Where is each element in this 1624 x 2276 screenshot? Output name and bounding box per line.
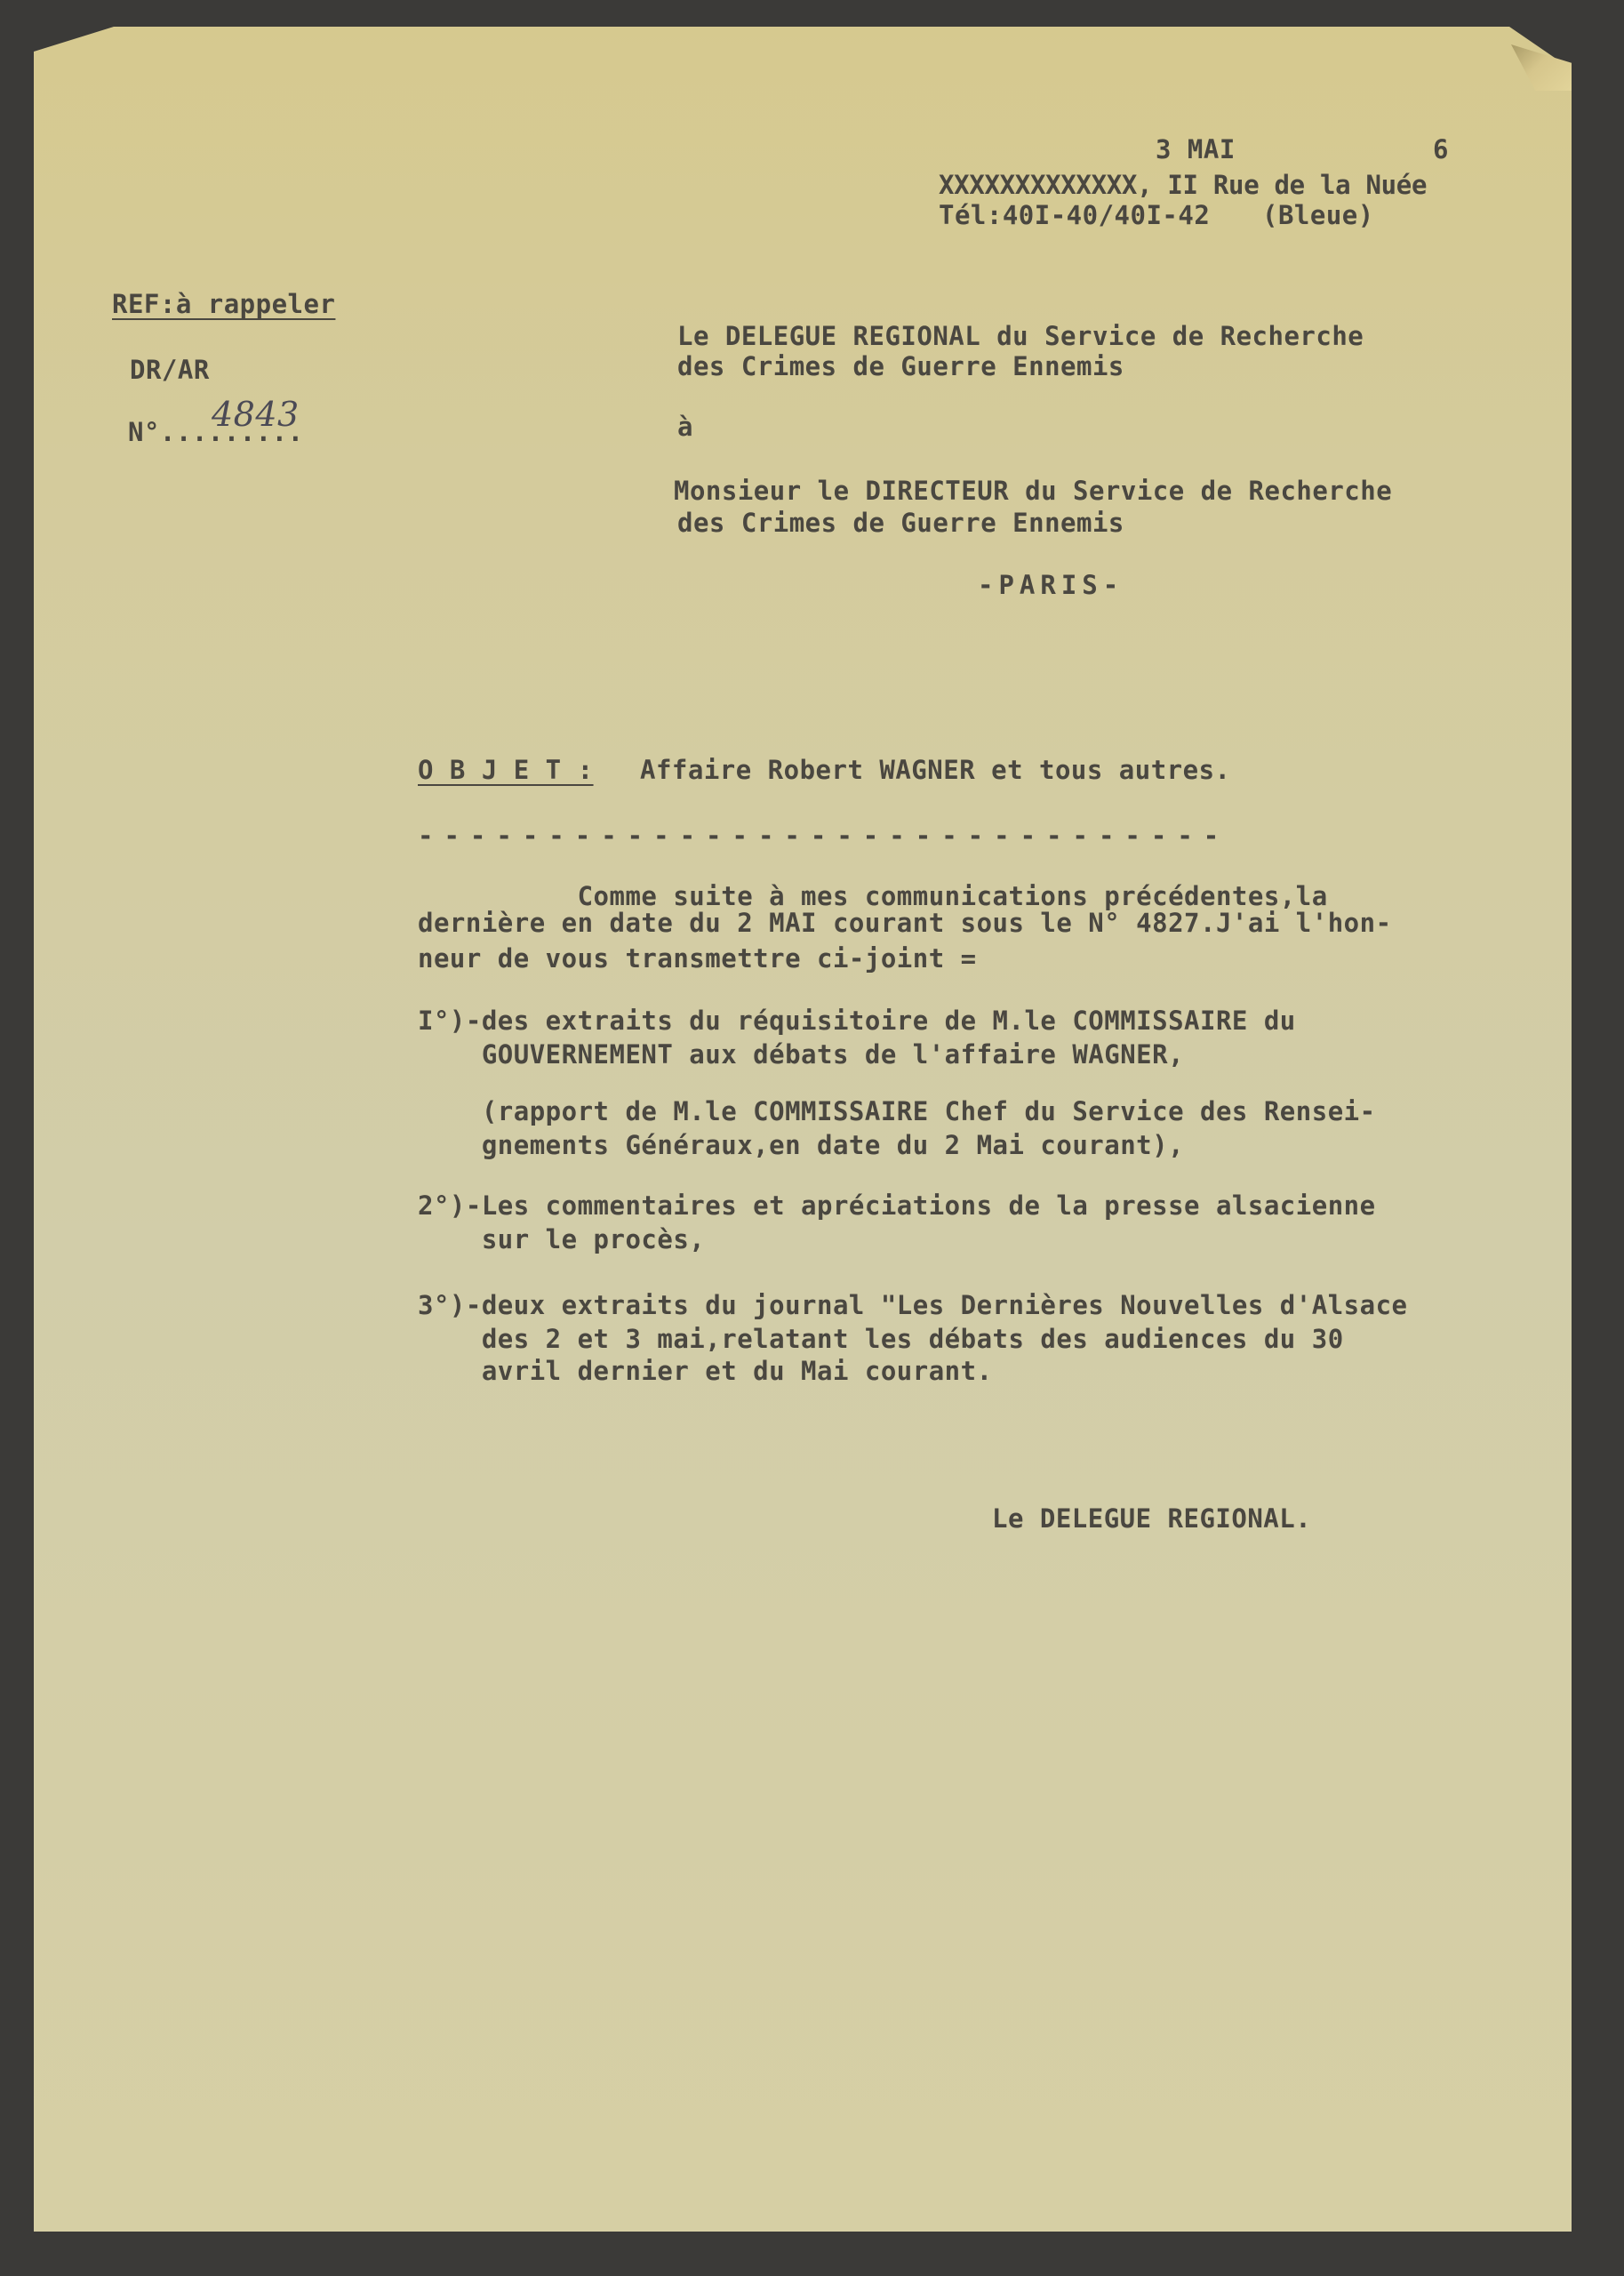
list-item-2-line: 2°)-Les commentaires et apréciations de …	[418, 1188, 1376, 1223]
reference-code: DR/AR	[130, 352, 210, 388]
subject-text: Affaire Robert WAGNER et tous autres.	[640, 752, 1231, 788]
to-word: à	[677, 409, 693, 445]
reference-label: REF:à rappeler	[112, 286, 335, 322]
list-item-3-line: 3°)-deux extraits du journal "Les Derniè…	[418, 1287, 1408, 1323]
recipient-line2: des Crimes de Guerre Ennemis	[677, 505, 1124, 541]
signature: Le DELEGUE REGIONAL.	[992, 1501, 1311, 1536]
list-item-2-line: sur le procès,	[418, 1222, 705, 1257]
body-intro-line: neur de vous transmettre ci-joint =	[418, 941, 977, 976]
recipient-line1: Monsieur le DIRECTEUR du Service de Rech…	[674, 473, 1392, 509]
reference-number-handwritten: 4843	[212, 397, 300, 432]
sender-line2: des Crimes de Guerre Ennemis	[677, 349, 1124, 384]
header-telephone: Tél:40I-40/40I-42	[939, 197, 1210, 233]
recipient-city: -PARIS-	[978, 567, 1124, 603]
list-item-3-line: des 2 et 3 mai,relatant les débats des a…	[418, 1321, 1344, 1357]
list-item-1-note-line: (rapport de M.le COMMISSAIRE Chef du Ser…	[418, 1094, 1376, 1129]
list-item-1-line: I°)-des extraits du réquisitoire de M.le…	[418, 1003, 1296, 1038]
subject-label: O B J E T :	[418, 752, 594, 788]
list-item-3-line: avril dernier et du Mai courant.	[418, 1353, 993, 1389]
body-intro-line: dernière en date du 2 MAI courant sous l…	[418, 905, 1392, 941]
header-date: 3 MAI	[1156, 132, 1236, 167]
separator-line: -------------------------------	[418, 818, 1229, 853]
list-item-1-line: GOUVERNEMENT aux débats de l'affaire WAG…	[418, 1037, 1184, 1072]
header-date-suffix: 6	[1433, 132, 1449, 167]
list-item-1-note-line: gnements Généraux,en date du 2 Mai coura…	[418, 1127, 1184, 1163]
header-telephone-note: (Bleue)	[1262, 197, 1374, 233]
